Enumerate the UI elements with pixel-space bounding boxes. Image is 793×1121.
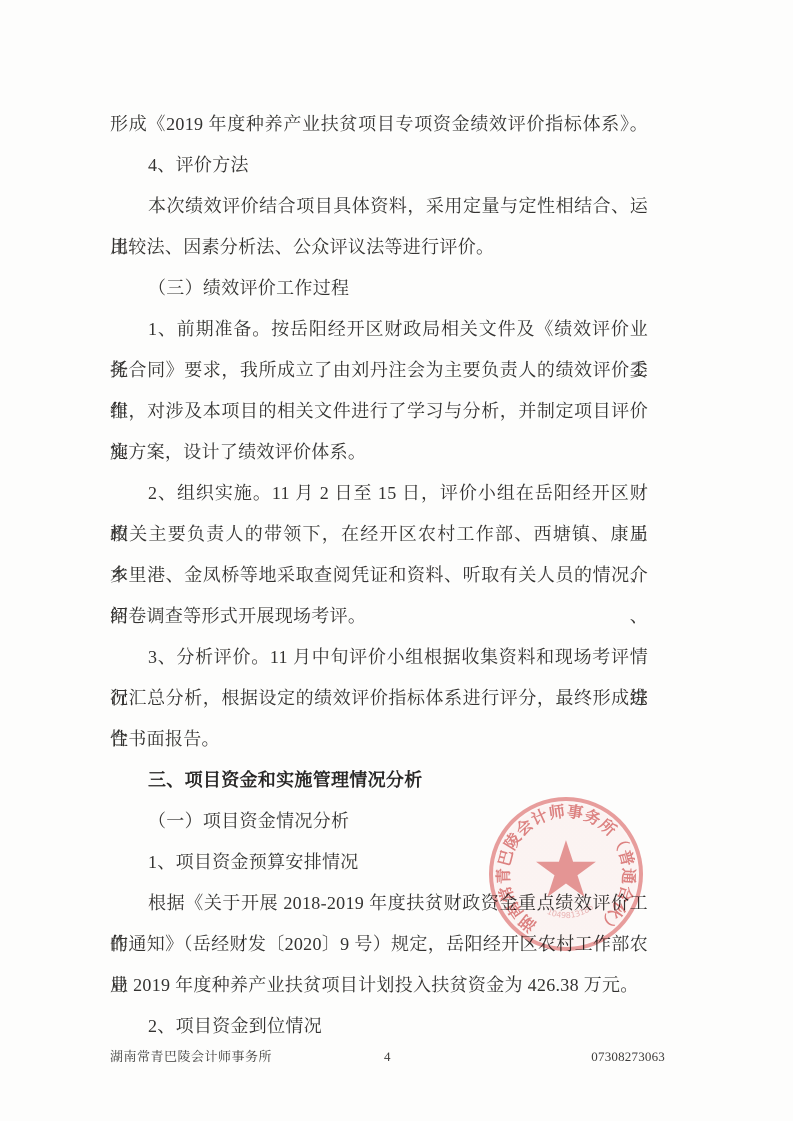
text-line: 根据《关于开展 2018-2019 年度扶贫财政资金重点绩效评价工作 <box>110 883 648 924</box>
text-line: 本次绩效评价结合项目具体资料，采用定量与定性相结合、运用 <box>110 186 648 227</box>
subheading-line: 1、项目资金预算安排情况 <box>110 842 648 883</box>
text-line: 托合同》要求，我所成立了由刘丹注会为主要负责人的绩效评价工作 <box>110 350 648 391</box>
text-line: 局 2019 年度种养产业扶贫项目计划投入扶贫资金为 426.38 万元。 <box>110 965 648 1006</box>
text-line: 2、组织实施。11 月 2 日至 15 日，评价小组在岳阳经开区财政局 <box>110 473 648 514</box>
section-heading: 三、项目资金和实施管理情况分析 <box>110 760 648 801</box>
subsection-heading: （一）项目资金情况分析 <box>110 801 648 842</box>
text-line: 的通知》（岳经财发〔2020〕9 号）规定，岳阳经开区农村工作部农业 <box>110 924 648 965</box>
text-line: 性书面报告。 <box>110 719 648 760</box>
text-line: 施方案，设计了绩效评价体系。 <box>110 432 648 473</box>
subheading-line: 2、项目资金到位情况 <box>110 1006 648 1047</box>
subheading-line: 4、评价方法 <box>110 145 648 186</box>
report-page: 形成《2019 年度种养产业扶贫项目专项资金绩效评价指标体系》。 4、评价方法 … <box>0 0 793 1121</box>
subheading-line: （三）绩效评价工作过程 <box>110 268 648 309</box>
text-line: 相关主要负责人的带领下，在经开区农村工作部、西塘镇、康王乡、 <box>110 514 648 555</box>
page-footer: 湖南常青巴陵会计师事务所 4 07308273063 <box>110 1048 665 1066</box>
text-line: 3、分析评价。11 月中旬评价小组根据收集资料和现场考评情况进 <box>110 637 648 678</box>
text-line: 组，对涉及本项目的相关文件进行了学习与分析，并制定项目评价实 <box>110 391 648 432</box>
text-line: 行汇总分析，根据设定的绩效评价指标体系进行评分，最终形成综合 <box>110 678 648 719</box>
footer-phone-number: 07308273063 <box>591 1048 665 1066</box>
footer-page-number: 4 <box>384 1048 391 1066</box>
text-line: 比较法、因素分析法、公众评议法等进行评价。 <box>110 227 648 268</box>
text-line: 形成《2019 年度种养产业扶贫项目专项资金绩效评价指标体系》。 <box>110 104 648 145</box>
text-line: 1、前期准备。按岳阳经开区财政局相关文件及《绩效评价业务委 <box>110 309 648 350</box>
text-line: 木里港、金凤桥等地采取查阅凭证和资料、听取有关人员的情况介绍、 <box>110 555 648 596</box>
document-body: 形成《2019 年度种养产业扶贫项目专项资金绩效评价指标体系》。 4、评价方法 … <box>110 104 648 1047</box>
footer-firm-name: 湖南常青巴陵会计师事务所 <box>110 1048 384 1066</box>
